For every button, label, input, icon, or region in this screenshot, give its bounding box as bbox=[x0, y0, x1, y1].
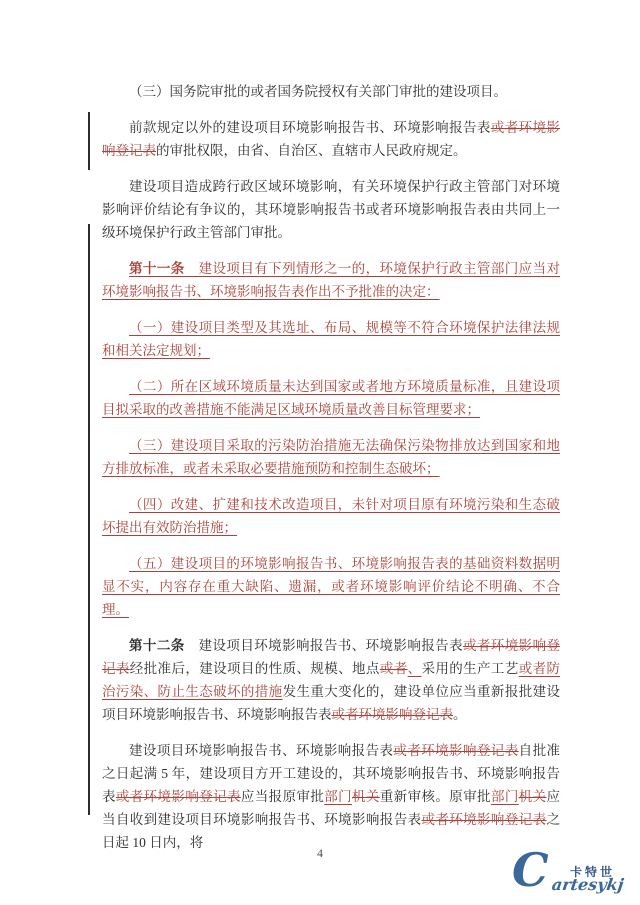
text-run-red-u: 、 bbox=[408, 661, 422, 676]
text-run-black: 应当报原审批 bbox=[241, 789, 324, 804]
text-run-red-u: （四）改建、扩建和技术改造项目，未针对项目原有环境污染和生态破坏提出有效防治措施… bbox=[102, 497, 560, 535]
paragraph: 第十二条 建设项目环境影响报告书、环境影响报告表或者环境影响登记表经批准后，建设… bbox=[102, 634, 560, 726]
text-run-black: 建设项目造成跨行政区域环境影响，有关环境保护行政主管部门对环境影响评价结论有争议… bbox=[102, 179, 560, 240]
text-run-black: （三）国务院审批的或者国务院授权有关部门审批的建设项目。 bbox=[129, 84, 507, 99]
paragraph: 第十一条 建设项目有下列情形之一的，环境保护行政主管部门应当对环境影响报告书、环… bbox=[102, 257, 560, 303]
text-run-black: 的审批权限，由省、自治区、直辖市人民政府规定。 bbox=[156, 143, 467, 158]
text-run-red-u: 部门 bbox=[491, 789, 519, 804]
document-body: （三）国务院审批的或者国务院授权有关部门审批的建设项目。前款规定以外的建设项目环… bbox=[102, 80, 560, 867]
text-run-red-s: 或者环境影响登记表 bbox=[421, 812, 546, 827]
text-run-red-u: （二）所在区域环境质量未达到国家或者地方环境质量标准，且建设项目拟采取的改善措施… bbox=[102, 379, 560, 417]
text-run-red-s: 或者环境影响登记表 bbox=[393, 743, 518, 758]
logo-latin-name: artesykj bbox=[551, 875, 625, 894]
revision-change-bar bbox=[88, 112, 90, 170]
text-run-black: 采用的生产工艺 bbox=[421, 661, 518, 676]
revision-change-bar bbox=[88, 224, 90, 815]
text-run-red-u-bold: 第十一条 bbox=[129, 261, 185, 276]
logo-c-swoosh-icon: C bbox=[512, 847, 549, 893]
paragraph: （四）改建、扩建和技术改造项目，未针对项目原有环境污染和生态破坏提出有效防治措施… bbox=[102, 493, 560, 539]
text-run-black: 重新审核。原审批 bbox=[380, 789, 491, 804]
text-run-red-u: （五）建设项目的环境影响报告书、环境影响报告表的基础资料数据明显不实，内容存在重… bbox=[102, 556, 560, 617]
paragraph: 前款规定以外的建设项目环境影响报告书、环境影响报告表或者环境影响登记表的审批权限… bbox=[102, 116, 560, 162]
text-run-red-s: 机关 bbox=[352, 789, 380, 804]
text-run-red-u: （三）建设项目采取的污染防治措施无法确保污染物排放达到国家和地方排放标准，或者未… bbox=[102, 438, 560, 476]
paragraph: （三）国务院审批的或者国务院授权有关部门审批的建设项目。 bbox=[102, 80, 560, 103]
text-run-black: 建设项目环境影响报告书、环境影响报告表 bbox=[129, 743, 393, 758]
paragraph: 建设项目环境影响报告书、环境影响报告表或者环境影响登记表自批准之日起满 5 年，… bbox=[102, 739, 560, 854]
text-run-red-s: 或者环境影响登记表 bbox=[332, 707, 454, 722]
text-run-red-u: （一）建设项目类型及其选址、布局、规模等不符合环境保护法律法规和相关法定规划； bbox=[102, 320, 560, 358]
paragraph: （三）建设项目采取的污染防治措施无法确保污染物排放达到国家和地方排放标准，或者未… bbox=[102, 434, 560, 480]
text-run-red-s: 或者 bbox=[380, 661, 408, 676]
text-run-black: 。 bbox=[453, 707, 467, 722]
text-run-red-s: 机关 bbox=[519, 789, 547, 804]
text-run-black-bold: 第十二条 bbox=[129, 638, 185, 653]
paragraph: （二）所在区域环境质量未达到国家或者地方环境质量标准，且建设项目拟采取的改善措施… bbox=[102, 375, 560, 421]
text-run-black: 前款规定以外的建设项目环境影响报告书、环境影响报告表 bbox=[129, 120, 491, 135]
text-run-red-u: 部门 bbox=[324, 789, 352, 804]
text-run-red-s: 或者环境影响登记表 bbox=[116, 789, 241, 804]
paragraph: （一）建设项目类型及其选址、布局、规模等不符合环境保护法律法规和相关法定规划； bbox=[102, 316, 560, 362]
document-page: （三）国务院审批的或者国务院授权有关部门审批的建设项目。前款规定以外的建设项目环… bbox=[0, 0, 640, 905]
text-run-black: 经批准后，建设项目的性质、规模、地点 bbox=[130, 661, 380, 676]
paragraph: （五）建设项目的环境影响报告书、环境影响报告表的基础资料数据明显不实，内容存在重… bbox=[102, 552, 560, 621]
cartesykj-logo: C 卡特世 artesykj bbox=[508, 853, 634, 901]
paragraph: 建设项目造成跨行政区域环境影响，有关环境保护行政主管部门对环境影响评价结论有争议… bbox=[102, 175, 560, 244]
text-run-black: 建设项目环境影响报告书、环境影响报告表 bbox=[185, 638, 463, 653]
